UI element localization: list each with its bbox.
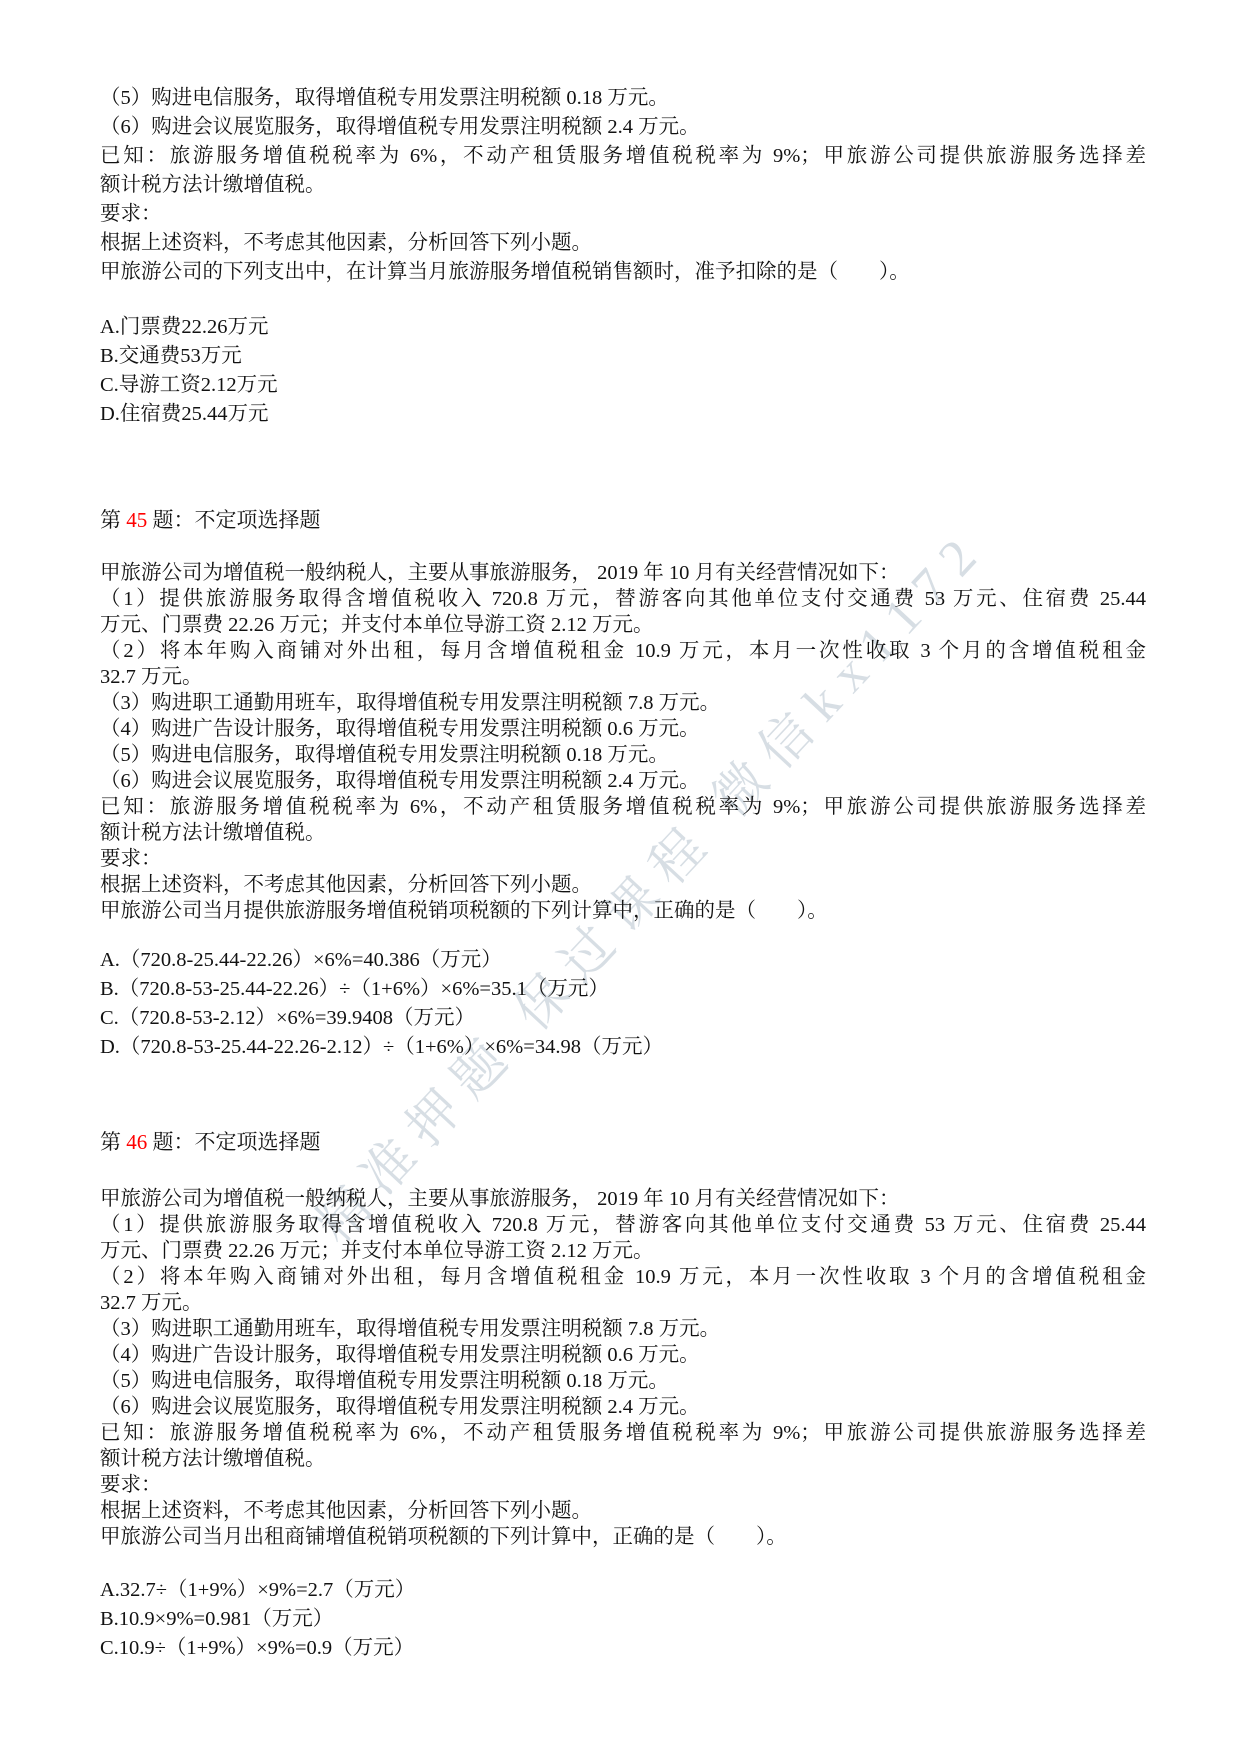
text-line: 甲旅游公司为增值税一般纳税人，主要从事旅游服务， 2019 年 10 月有关经营… — [100, 1186, 1146, 1212]
text-line: 根据上述资料，不考虑其他因素，分析回答下列小题。 — [100, 872, 1146, 898]
text-line: （5）购进电信服务，取得增值税专用发票注明税额 0.18 万元。 — [100, 84, 1146, 113]
question-type-label: 题：不定项选择题 — [147, 1130, 320, 1154]
question-44-body: （5）购进电信服务，取得增值税专用发票注明税额 0.18 万元。 （6）购进会议… — [100, 84, 1146, 287]
question-stem: 甲旅游公司当月提供旅游服务增值税销项税额的下列计算中，正确的是（ ）。 — [100, 898, 1146, 924]
option-b: B.（720.8-53-25.44-22.26）÷（1+6%）×6%=35.1（… — [100, 975, 1146, 1004]
text-line: （4）购进广告设计服务，取得增值税专用发票注明税额 0.6 万元。 — [100, 1342, 1146, 1368]
question-46-title: 第 46 题：不定项选择题 — [100, 1127, 1146, 1157]
text-line: 要求： — [100, 200, 1146, 229]
option-d: D.（720.8-53-25.44-22.26-2.12）÷（1+6%）×6%=… — [100, 1033, 1146, 1062]
text-line: 万元、门票费 22.26 万元；并支付本单位导游工资 2.12 万元。 — [100, 1238, 1146, 1264]
question-45-body: 甲旅游公司为增值税一般纳税人，主要从事旅游服务， 2019 年 10 月有关经营… — [100, 560, 1146, 924]
question-46-options: A.32.7÷（1+9%）×9%=2.7（万元） B.10.9×9%=0.981… — [100, 1576, 1146, 1663]
question-44-options: A.门票费22.26万元 B.交通费53万元 C.导游工资2.12万元 D.住宿… — [100, 313, 1146, 429]
option-a: A.（720.8-25.44-22.26）×6%=40.386（万元） — [100, 946, 1146, 975]
text-line: （6）购进会议展览服务，取得增值税专用发票注明税额 2.4 万元。 — [100, 113, 1146, 142]
text-line: （3）购进职工通勤用班车，取得增值税专用发票注明税额 7.8 万元。 — [100, 1316, 1146, 1342]
text-line: 32.7 万元。 — [100, 1290, 1146, 1316]
question-label-prefix: 第 — [100, 508, 126, 532]
option-c: C.（720.8-53-2.12）×6%=39.9408（万元） — [100, 1004, 1146, 1033]
question-45-title: 第 45 题：不定项选择题 — [100, 505, 1146, 535]
text-line: 根据上述资料，不考虑其他因素，分析回答下列小题。 — [100, 229, 1146, 258]
option-a: A.32.7÷（1+9%）×9%=2.7（万元） — [100, 1576, 1146, 1605]
text-line: 已知：旅游服务增值税税率为 6%，不动产租赁服务增值税税率为 9%；甲旅游公司提… — [100, 1420, 1146, 1446]
text-line: 要求： — [100, 846, 1146, 872]
text-line: 32.7 万元。 — [100, 664, 1146, 690]
question-stem: 甲旅游公司的下列支出中，在计算当月旅游服务增值税销售额时，准予扣除的是（ ）。 — [100, 258, 1146, 287]
option-b: B.10.9×9%=0.981（万元） — [100, 1605, 1146, 1634]
text-line: （2）将本年购入商铺对外出租，每月含增值税租金 10.9 万元，本月一次性收取 … — [100, 638, 1146, 664]
question-label-prefix: 第 — [100, 1130, 126, 1154]
text-line: 已知：旅游服务增值税税率为 6%，不动产租赁服务增值税税率为 9%；甲旅游公司提… — [100, 142, 1146, 171]
question-46-number: 46 — [126, 1130, 147, 1154]
text-line: （6）购进会议展览服务，取得增值税专用发票注明税额 2.4 万元。 — [100, 1394, 1146, 1420]
text-line: （2）将本年购入商铺对外出租，每月含增值税租金 10.9 万元，本月一次性收取 … — [100, 1264, 1146, 1290]
option-c: C.导游工资2.12万元 — [100, 371, 1146, 400]
exam-document-page: 精准押题 保过课程 微信kx1172 （5）购进电信服务，取得增值税专用发票注明… — [0, 0, 1239, 1753]
option-b: B.交通费53万元 — [100, 342, 1146, 371]
text-line: 甲旅游公司为增值税一般纳税人，主要从事旅游服务， 2019 年 10 月有关经营… — [100, 560, 1146, 586]
text-line: （5）购进电信服务，取得增值税专用发票注明税额 0.18 万元。 — [100, 1368, 1146, 1394]
text-line: 要求： — [100, 1472, 1146, 1498]
text-line: 万元、门票费 22.26 万元；并支付本单位导游工资 2.12 万元。 — [100, 612, 1146, 638]
text-line: 额计税方法计缴增值税。 — [100, 820, 1146, 846]
question-45-options: A.（720.8-25.44-22.26）×6%=40.386（万元） B.（7… — [100, 946, 1146, 1062]
text-line: 根据上述资料，不考虑其他因素，分析回答下列小题。 — [100, 1498, 1146, 1524]
option-d: D.住宿费25.44万元 — [100, 400, 1146, 429]
text-line: （1）提供旅游服务取得含增值税收入 720.8 万元，替游客向其他单位支付交通费… — [100, 586, 1146, 612]
text-line: 额计税方法计缴增值税。 — [100, 171, 1146, 200]
option-c: C.10.9÷（1+9%）×9%=0.9（万元） — [100, 1634, 1146, 1663]
question-stem: 甲旅游公司当月出租商铺增值税销项税额的下列计算中，正确的是（ ）。 — [100, 1524, 1146, 1550]
question-46-body: 甲旅游公司为增值税一般纳税人，主要从事旅游服务， 2019 年 10 月有关经营… — [100, 1186, 1146, 1550]
text-line: 已知：旅游服务增值税税率为 6%，不动产租赁服务增值税税率为 9%；甲旅游公司提… — [100, 794, 1146, 820]
text-line: 额计税方法计缴增值税。 — [100, 1446, 1146, 1472]
question-type-label: 题：不定项选择题 — [147, 508, 320, 532]
text-line: （5）购进电信服务，取得增值税专用发票注明税额 0.18 万元。 — [100, 742, 1146, 768]
text-line: （1）提供旅游服务取得含增值税收入 720.8 万元，替游客向其他单位支付交通费… — [100, 1212, 1146, 1238]
text-line: （4）购进广告设计服务，取得增值税专用发票注明税额 0.6 万元。 — [100, 716, 1146, 742]
text-line: （6）购进会议展览服务，取得增值税专用发票注明税额 2.4 万元。 — [100, 768, 1146, 794]
question-45-number: 45 — [126, 508, 147, 532]
option-a: A.门票费22.26万元 — [100, 313, 1146, 342]
text-line: （3）购进职工通勤用班车，取得增值税专用发票注明税额 7.8 万元。 — [100, 690, 1146, 716]
